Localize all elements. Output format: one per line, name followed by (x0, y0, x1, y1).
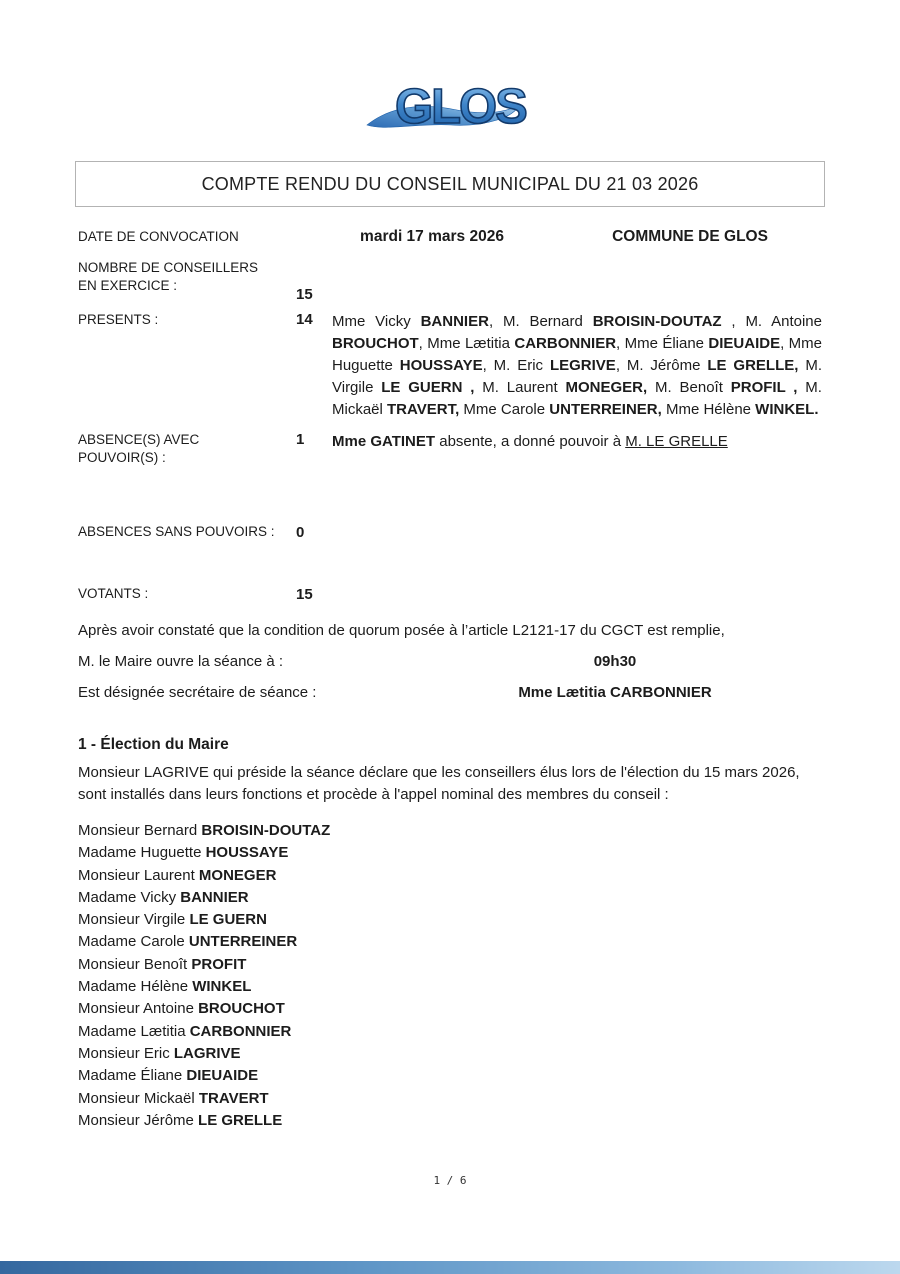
absences-avec-label-line1: ABSENCE(S) AVEC (78, 431, 296, 449)
roll-call-item: Monsieur Antoine BROUCHOT (78, 998, 822, 1020)
secretary-name: Mme Lætitia CARBONNIER (408, 682, 822, 703)
convocation-row: DATE DE CONVOCATION mardi 17 mars 2026 C… (78, 228, 822, 246)
roll-call-item: Madame Éliane DIEUAIDE (78, 1065, 822, 1087)
absences-sans-pouvoirs-row: ABSENCES SANS POUVOIRS : 0 (78, 523, 822, 541)
title-box: COMPTE RENDU DU CONSEIL MUNICIPAL DU 21 … (75, 161, 825, 207)
section-intro: Monsieur LAGRIVE qui préside la séance d… (78, 762, 822, 806)
convocation-label: DATE DE CONVOCATION (78, 228, 296, 246)
section-heading: 1 - Élection du Maire (78, 736, 822, 754)
secretary-label: Est désignée secrétaire de séance : (78, 682, 408, 703)
commune-name: COMMUNE DE GLOS (568, 228, 822, 246)
roll-call-item: Madame Huguette HOUSSAYE (78, 842, 822, 864)
roll-call-item: Madame Hélène WINKEL (78, 976, 822, 998)
roll-call-item: Madame Vicky BANNIER (78, 887, 822, 909)
roll-call-item: Monsieur Jérôme LE GRELLE (78, 1110, 822, 1132)
roll-call-item: Monsieur Eric LAGRIVE (78, 1043, 822, 1065)
absences-sans-pouvoirs-label: ABSENCES SANS POUVOIRS : (78, 523, 296, 541)
footer-bar (0, 1261, 900, 1274)
page-title: COMPTE RENDU DU CONSEIL MUNICIPAL DU 21 … (202, 174, 699, 195)
conseillers-row: NOMBRE DE CONSEILLERS EN EXERCICE : 15 (78, 259, 822, 295)
presents-count: 14 (296, 311, 332, 328)
votants-row: VOTANTS : 15 (78, 585, 822, 603)
opening-time: 09h30 (408, 651, 822, 672)
document-page: GLOS COMPTE RENDU DU CONSEIL MUNICIPAL D… (0, 0, 900, 1274)
votants-label: VOTANTS : (78, 585, 296, 603)
conseillers-count: 15 (296, 286, 332, 303)
roll-call-list: Monsieur Bernard BROISIN-DOUTAZMadame Hu… (78, 820, 822, 1132)
convocation-date: mardi 17 mars 2026 (296, 228, 568, 246)
roll-call-item: Monsieur Bernard BROISIN-DOUTAZ (78, 820, 822, 842)
presents-names: Mme Vicky BANNIER, M. Bernard BROISIN-DO… (332, 311, 822, 421)
page-number: 1 / 6 (0, 1174, 900, 1187)
opening-label: M. le Maire ouvre la séance à : (78, 651, 408, 672)
conseillers-label-line1: NOMBRE DE CONSEILLERS (78, 259, 296, 277)
logo-container: GLOS (0, 0, 900, 145)
absences-sans-pouvoirs-count: 0 (296, 524, 332, 541)
secretary-line: Est désignée secrétaire de séance : Mme … (78, 682, 822, 703)
roll-call-item: Monsieur Laurent MONEGER (78, 865, 822, 887)
absences-avec-pouvoirs-row: ABSENCE(S) AVEC POUVOIR(S) : 1 Mme GATIN… (78, 431, 822, 467)
document-content: DATE DE CONVOCATION mardi 17 mars 2026 C… (78, 228, 822, 1132)
roll-call-item: Monsieur Mickaël TRAVERT (78, 1088, 822, 1110)
conseillers-label-line2: EN EXERCICE : (78, 277, 296, 295)
roll-call-item: Madame Carole UNTERREINER (78, 931, 822, 953)
absences-avec-pouvoirs-label: ABSENCE(S) AVEC POUVOIR(S) : (78, 431, 296, 467)
roll-call-item: Madame Lætitia CARBONNIER (78, 1021, 822, 1043)
presents-label: PRESENTS : (78, 311, 296, 329)
glos-logo-icon: GLOS (365, 78, 535, 140)
presents-row: PRESENTS : 14 Mme Vicky BANNIER, M. Bern… (78, 311, 822, 421)
conseillers-label: NOMBRE DE CONSEILLERS EN EXERCICE : (78, 259, 296, 295)
roll-call-item: Monsieur Virgile LE GUERN (78, 909, 822, 931)
absences-avec-pouvoirs-count: 1 (296, 431, 332, 448)
absences-avec-label-line2: POUVOIR(S) : (78, 449, 296, 467)
quorum-statement: Après avoir constaté que la condition de… (78, 620, 822, 641)
votants-count: 15 (296, 586, 332, 603)
opening-line: M. le Maire ouvre la séance à : 09h30 (78, 651, 822, 672)
roll-call-item: Monsieur Benoît PROFIT (78, 954, 822, 976)
absences-avec-pouvoirs-text: Mme GATINET absente, a donné pouvoir à M… (332, 431, 822, 453)
logo-text: GLOS (395, 80, 526, 134)
